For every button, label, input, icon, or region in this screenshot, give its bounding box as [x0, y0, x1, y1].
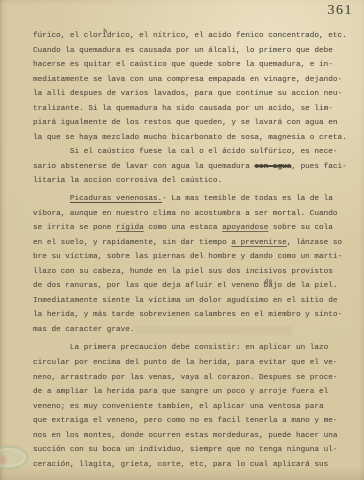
text-segment: ídrico, el nítrico, el acido fenico conc…	[102, 32, 347, 40]
text-segment: Inmediatamente siente la víctima un dolo…	[33, 297, 337, 305]
paragraph: fúrico, el clorhídrico, el nítrico, el a…	[33, 29, 349, 189]
text-segment: ceración, llagita, grieta, corte, etc, p…	[33, 461, 328, 469]
text-line: bre su víctima, sobre las piernas del ho…	[33, 250, 349, 265]
text-segment: víbora, aunque en nuestro clima no acost…	[33, 210, 337, 218]
text-segment: , lánzase so	[287, 239, 342, 247]
text-segment: sario abstenerse de lavar con agua la qu…	[33, 163, 254, 171]
text-segment: mediatamente se lava con una compresa em…	[33, 76, 342, 84]
text-segment: litaria la accion corrosiva del caústico…	[33, 177, 222, 185]
text-line: piará igualmente de los restos que quede…	[33, 116, 349, 131]
text-line: que extraiga el veneno, pero como no es …	[33, 414, 349, 429]
text-line: hacerse es quitar el caústico que quede …	[33, 58, 349, 73]
page-number: 361	[328, 3, 354, 19]
underlined-text: rígida	[116, 224, 144, 232]
text-line: en el suelo, y rapidamente, sin dar tiem…	[33, 236, 349, 251]
text-line: sario abstenerse de lavar con agua la qu…	[33, 160, 349, 175]
text-line: veneno; es muy conveniente tambien, el a…	[33, 400, 349, 415]
underlined-text: a prevenirse	[231, 239, 286, 247]
text-line: Si el caústico fuese la cal o el ácido s…	[33, 145, 349, 160]
text-segment: la herida, y más tarde sobrevienen calam…	[33, 311, 342, 319]
text-line: víbora, aunque en nuestro clima no acost…	[33, 207, 349, 222]
text-segment: la alli despues de varios lavados, para …	[33, 90, 342, 98]
text-line: nos en los montes, donde ocurren estas m…	[33, 429, 349, 444]
text-line: tralizante. Si la quemadura ha sido caus…	[33, 102, 349, 117]
text-line: fúrico, el clorhídrico, el nítrico, el a…	[33, 29, 349, 44]
text-segment: , pues faci-	[291, 163, 346, 171]
text-segment: mas de caracter grave.	[33, 326, 135, 334]
text-line: litaria la accion corrosiva del caústico…	[33, 174, 349, 189]
text-segment: circular por encima del punto de la heri…	[33, 359, 337, 367]
text-line: neno, arrastrado por las venas, vaya al …	[33, 371, 349, 386]
text-segment: en el suelo, y rapidamente, sin dar tiem…	[33, 239, 231, 247]
text-segment: neno, arrastrado por las venas, vaya al …	[33, 374, 337, 382]
text-line: la alli despues de varios lavados, para …	[33, 87, 349, 102]
text-segment: tralizante. Si la quemadura ha sido caus…	[33, 105, 333, 113]
text-line: se irrita se pone rígida como una estaca…	[33, 221, 349, 236]
text-segment: hacerse es quitar el caústico que quede …	[33, 61, 333, 69]
text-segment: veneno; es muy conveniente tambien, el a…	[33, 403, 324, 411]
margin-ink-smudge	[0, 455, 6, 465]
text-segment: se irrita se pone	[33, 224, 116, 232]
text-line: Picaduras venenosas.- La mas temible de …	[33, 192, 349, 207]
text-line: circular por encima del punto de la heri…	[33, 356, 349, 371]
text-line: mediatamente se lava con una compresa em…	[33, 73, 349, 88]
text-segment: la que se haya mezclado mucho bicarbonat…	[33, 134, 347, 142]
text-line: La primera precaucion debe consistir: en…	[33, 341, 349, 356]
text-segment	[33, 195, 70, 203]
text-line: ceración, llagita, grieta, corte, etc, p…	[33, 458, 349, 473]
text-line: de dos ranuras, por las que deja afluir …	[33, 279, 349, 294]
paragraph: La primera precaucion debe consistir: en…	[33, 341, 349, 472]
text-segment: de dos ranuras, por las que deja afluir …	[33, 282, 264, 290]
text-line: de a ampliar la herida para que sangre u…	[33, 385, 349, 400]
manuscript-page: 361 fúrico, el clorhídrico, el nítrico, …	[0, 0, 364, 480]
text-line: llazo con su cabeza, hunde en la piel su…	[33, 265, 349, 280]
text-segment: bre su víctima, sobre las piernas del ho…	[33, 253, 342, 261]
text-line: la que se haya mezclado mucho bicarbonat…	[33, 131, 349, 146]
text-segment: Cuando la quemadura es causada por un ál…	[33, 47, 333, 55]
text-line: la herida, y más tarde sobrevienen calam…	[33, 308, 349, 323]
text-segment: nos en los montes, donde ocurren estas m…	[33, 432, 337, 440]
erased-text-smudge	[135, 326, 292, 334]
text-segment: piará igualmente de los restos que quede…	[33, 119, 337, 127]
text-segment: La primera precaucion debe consistir: en…	[33, 344, 328, 352]
text-segment: de a ampliar la herida para que sangre u…	[33, 388, 328, 396]
text-segment: fúrico, el clor	[33, 32, 102, 40]
text-line: Cuando la quemadura es causada por un ál…	[33, 44, 349, 59]
text-segment: sobre su cola	[268, 224, 333, 232]
text-segment: succión con su boca un individuo, siempr…	[33, 446, 337, 454]
underlined-text: Picaduras venenosas.	[70, 195, 162, 203]
text-segment: bajo de la piel.	[264, 282, 338, 290]
text-segment: que extraiga el veneno, pero como no es …	[33, 417, 337, 425]
struck-out-text: con agua	[254, 163, 291, 171]
text-segment: - La mas temible de todas es la de la	[162, 195, 333, 203]
page-text: fúrico, el clorhídrico, el nítrico, el a…	[33, 29, 349, 472]
text-line: succión con su boca un individuo, siempr…	[33, 443, 349, 458]
underlined-text: apoyandose	[222, 224, 268, 232]
paragraph: Picaduras venenosas.- La mas temible de …	[33, 192, 349, 337]
text-line: Inmediatamente siente la víctima un dolo…	[33, 294, 349, 309]
text-segment: llazo con su cabeza, hunde en la piel su…	[33, 268, 333, 276]
text-segment: Si el caústico fuese la cal o el ácido s…	[33, 148, 337, 156]
text-line: mas de caracter grave.	[33, 323, 349, 338]
text-segment: como una estaca	[144, 224, 222, 232]
